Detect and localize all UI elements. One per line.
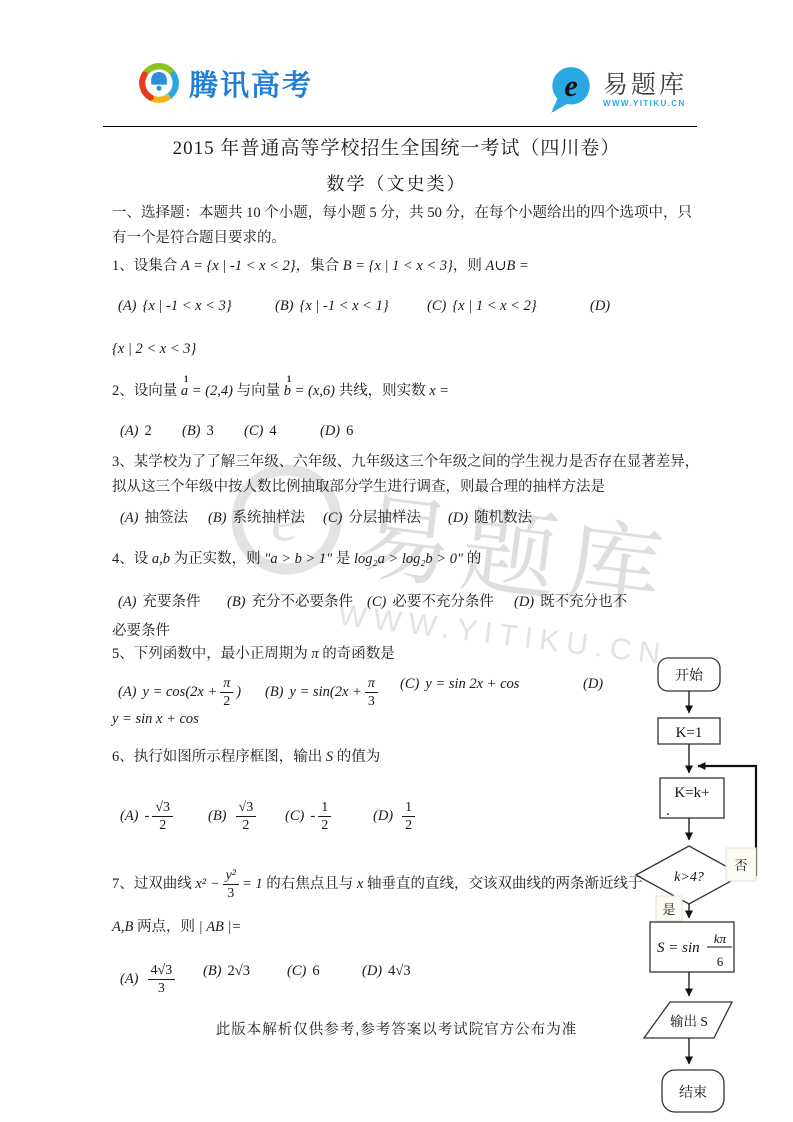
fraction-numerator: π [220,676,233,693]
option-label: (D) [590,298,610,314]
q1-stem: 1、设集合 A = {x | -1 < x < 2}，集合 B = {x | 1… [112,257,529,277]
q4-option-b: (B)充分不必要条件 [227,590,353,611]
yitiku-icon: e [545,64,595,116]
option-value: {x | -1 < x < 3} [143,298,232,314]
text-run: ，则 [453,258,486,274]
math-run: A∪B = [486,258,529,274]
q7-stem-line2: A,B 两点，则 | AB |= [112,918,241,938]
q3-option-a: (A)抽签法 [120,506,188,527]
fraction-denominator: 3 [148,980,176,996]
header-divider [103,126,697,127]
option-label: (C) [244,423,263,439]
section-intro-line2: 有一个是符合题目要求的。 [112,229,286,249]
text-run: 5、下列函数中，最小正周期为 [112,646,311,662]
q6-option-b: (B)√32 [208,800,259,833]
fraction-denominator: 3 [365,693,378,709]
q4-option-c: (C)必要不充分条件 [367,590,494,611]
vector-b: 1b [284,382,291,402]
option-label: (D) [320,423,340,439]
option-value: 2√3 [228,963,250,979]
ring-red [142,75,150,98]
section-intro-line1: 一、选择题：本题共 10 个小题，每小题 5 分，共 50 分，在每个小题给出的… [112,204,692,224]
option-label: (C) [285,808,304,824]
q4-stem: 4、设 a,b 为正实数，则 "a > b > 1" 是 log₂a > log… [112,550,481,570]
text-run: 6、执行如图所示程序框图，输出 [112,749,326,765]
option-value: 系统抽样法 [233,510,306,526]
fraction-denominator: 2 [402,817,415,833]
q1-option-b: (B){x | -1 < x < 1} [275,298,389,315]
fraction-numerator: 4√3 [148,963,176,980]
q7-option-a: (A)4√33 [120,963,178,996]
flowchart-start-label: 开始 [675,668,704,684]
option-value: 6 [346,423,353,439]
text-run: 2、设向量 [112,383,181,399]
q6-option-a: (A)-√32 [120,800,176,833]
q5-option-a: (A)y = cos(2x +π2) [118,676,241,709]
fraction-denominator: 2 [220,693,233,709]
minus-sign: - [145,808,150,824]
fraction-numerator: √3 [152,800,173,817]
option-label: (C) [287,963,306,979]
q5-option-c: (C)y = sin 2x + cos [400,676,519,693]
q1-option-c: (C){x | 1 < x < 2} [427,298,537,315]
text-run: 的值为 [333,749,380,765]
math-run: = 1 [242,876,263,892]
option-value: 3 [207,423,214,439]
q5-option-d-cont: y = sin x + cos [112,710,199,730]
math-run: log₂a > log₂b > 0" [354,551,463,567]
text-run: 的奇函数是 [319,646,395,662]
option-value: ) [236,684,241,700]
text-run: 4、设 [112,551,152,567]
q5-option-b: (B)y = sin(2x +π3 [265,676,381,709]
option-value: 充分不必要条件 [252,594,354,610]
math-run: a [181,383,188,399]
math-run: B = {x | 1 < x < 3} [343,258,453,274]
flowchart-init-label: K=1 [676,725,703,741]
option-label: (C) [400,676,419,692]
option-label: (A) [120,510,139,526]
fraction: 12 [318,800,331,833]
q3-stem-line1: 3、某学校为了了解三年级、六年级、九年级这三个年级之间的学生视力是否存在显著差异… [112,453,699,473]
exam-page: e 易题库 WWW.YITIKU.CN 腾讯高考 e 易题库 WWW.YITIK… [0,0,793,1122]
fraction-denominator: 2 [318,817,331,833]
math-run: π [311,646,318,662]
math-run: | AB |= [199,919,242,935]
flowchart-calc-numerator: kπ [714,931,727,946]
math-run: = (2,4) [188,383,233,399]
text-run: 的右焦点且与 [263,876,357,892]
flowchart-decision-label: k>4? [674,870,704,885]
tencent-gaokao-logo-text: 腾讯高考 [189,63,313,104]
flowchart-end-label: 结束 [679,1084,707,1101]
q2-option-d: (D)6 [320,423,353,440]
option-label: (C) [427,298,446,314]
fraction-numerator: 1 [318,800,331,817]
q2-option-a: (A)2 [120,423,152,440]
option-label: (B) [182,423,201,439]
flowchart-yes-label: 是 [662,902,675,917]
flowchart-calc-denominator: 6 [717,954,724,969]
tencent-gaokao-icon [136,60,182,106]
text-run: 7、过双曲线 [112,876,195,892]
ring-blue [167,75,175,98]
option-value: y = cos(2x + [143,684,218,700]
q7-option-d: (D)4√3 [362,963,411,980]
q4-option-d-cont: 必要条件 [112,622,170,642]
text-run: 轴垂直的直线，交该双曲线的两条渐近线于 [363,876,642,892]
text-run: 为正实数，则 [170,551,264,567]
text-run: 共线，则实数 [335,383,429,399]
vector-a: 1a [181,382,188,402]
option-label: (A) [120,971,139,987]
flowchart-no-label: 否 [734,858,747,873]
option-value: 随机数法 [474,510,532,526]
math-run: A = {x | -1 < x < 2} [181,258,296,274]
math-run: A,B [112,919,133,935]
text-run: 是 [332,551,354,567]
fraction: √32 [236,800,257,833]
q1-option-a: (A){x | -1 < x < 3} [118,298,232,315]
q7-option-c: (C)6 [287,963,320,980]
text-run: 的 [463,551,481,567]
fraction-denominator: 2 [236,817,257,833]
q3-stem-line2: 拟从这三个年级中按人数比例抽取部分学生进行调查，则最合理的抽样方法是 [112,478,605,498]
option-label: (C) [367,594,386,610]
q3-option-c: (C)分层抽样法 [323,506,421,527]
option-value: {x | 1 < x < 2} [452,298,536,314]
program-flowchart: 开始 K=1 K=k+ . k>4? 否 是 S = sin kπ 6 输出 S [620,650,793,1122]
text-run: 与向量 [233,383,284,399]
yitiku-logo: e 易题库 WWW.YITIKU.CN [545,64,687,116]
fraction: y²3 [223,868,239,901]
option-label: (B) [208,510,227,526]
option-label: (A) [118,298,137,314]
fraction-numerator: π [365,676,378,693]
fraction: 12 [402,800,415,833]
option-label: (B) [227,594,246,610]
option-label: (A) [118,684,137,700]
option-label: (D) [514,594,534,610]
q2-option-c: (C)4 [244,423,277,440]
q3-option-d: (D)随机数法 [448,506,532,527]
math-run: "a > b > 1" [264,551,332,567]
vector-arrow-mark: 1 [184,373,189,385]
footer-disclaimer: 此版本解析仅供参考,参考答案以考试院官方公布为准 [0,1018,793,1039]
option-label: (C) [323,510,342,526]
option-value: 6 [312,963,319,979]
option-label: (D) [583,676,603,692]
q4-option-d: (D)既不充分也不 [514,590,627,611]
option-label: (D) [373,808,393,824]
tencent-gaokao-logo: 腾讯高考 [136,60,313,106]
fraction: π2 [220,676,233,709]
math-run: a,b [152,551,170,567]
math-run: x² − [195,876,219,892]
q4-option-a: (A)充要条件 [118,590,201,611]
math-run: b [284,383,291,399]
fraction-numerator: √3 [236,800,257,817]
vector-arrow-mark: 1 [287,373,292,385]
q1-option-d-cont: {x | 2 < x < 3} [112,340,196,360]
fraction: √32 [152,800,173,833]
option-value: 2 [145,423,152,439]
bell-icon [151,72,167,85]
page-title: 2015 年普通高等学校招生全国统一考试（四川卷） [0,133,793,160]
option-value: 抽签法 [145,510,189,526]
q1-option-d: (D) [590,298,616,315]
option-value: {x | -1 < x < 1} [300,298,389,314]
option-label: (D) [362,963,382,979]
text-run: ，集合 [296,258,343,274]
option-value: 4√3 [388,963,410,979]
minus-sign: - [310,808,315,824]
yitiku-logo-text: 易题库 [603,72,687,98]
q7-option-b: (B)2√3 [203,963,250,980]
page-subtitle: 数学（文史类） [0,170,793,196]
flowchart-calc-label: S = sin [657,940,700,956]
text-run: 两点，则 [133,919,198,935]
option-value: 充要条件 [143,594,201,610]
yitiku-e-letter: e [564,69,577,103]
option-label: (B) [275,298,294,314]
flowchart-loop-label: K=k+ [674,785,709,801]
option-label: (D) [448,510,468,526]
q6-stem: 6、执行如图所示程序框图，输出 S 的值为 [112,748,380,768]
q5-stem: 5、下列函数中，最小正周期为 π 的奇函数是 [112,645,395,665]
fraction: π3 [365,676,378,709]
option-label: (B) [203,963,222,979]
q6-option-c: (C)-12 [285,800,334,833]
q7-stem-line1: 7、过双曲线 x² −y²3= 1 的右焦点且与 x 轴垂直的直线，交该双曲线的… [112,868,642,901]
q2-stem: 2、设向量 1a = (2,4) 与向量 1b = (x,6) 共线，则实数 x… [112,382,449,402]
option-label: (B) [265,684,284,700]
option-label: (A) [118,594,137,610]
fraction-numerator: y² [223,868,239,885]
option-label: (B) [208,808,227,824]
option-label: (A) [120,808,139,824]
fraction-numerator: 1 [402,800,415,817]
q5-option-d: (D) [583,676,609,693]
fraction-denominator: 3 [223,885,239,901]
option-value: y = sin 2x + cos [425,676,519,692]
option-value: 4 [269,423,276,439]
text-run: 1、设集合 [112,258,181,274]
option-label: (A) [120,423,139,439]
math-run: = (x,6) [291,383,335,399]
option-value: 分层抽样法 [348,510,421,526]
q6-option-d: (D)12 [373,800,418,833]
option-value: 必要不充分条件 [392,594,494,610]
math-run: x = [429,383,449,399]
fraction: 4√33 [148,963,176,996]
yitiku-logo-url: WWW.YITIKU.CN [603,100,687,108]
q3-option-b: (B)系统抽样法 [208,506,305,527]
option-value: y = sin(2x + [290,684,362,700]
q2-option-b: (B)3 [182,423,214,440]
option-value: 既不充分也不 [540,594,627,610]
bell-clapper [156,86,161,91]
fraction-denominator: 2 [152,817,173,833]
flowchart-loop-label2: . [666,803,670,819]
